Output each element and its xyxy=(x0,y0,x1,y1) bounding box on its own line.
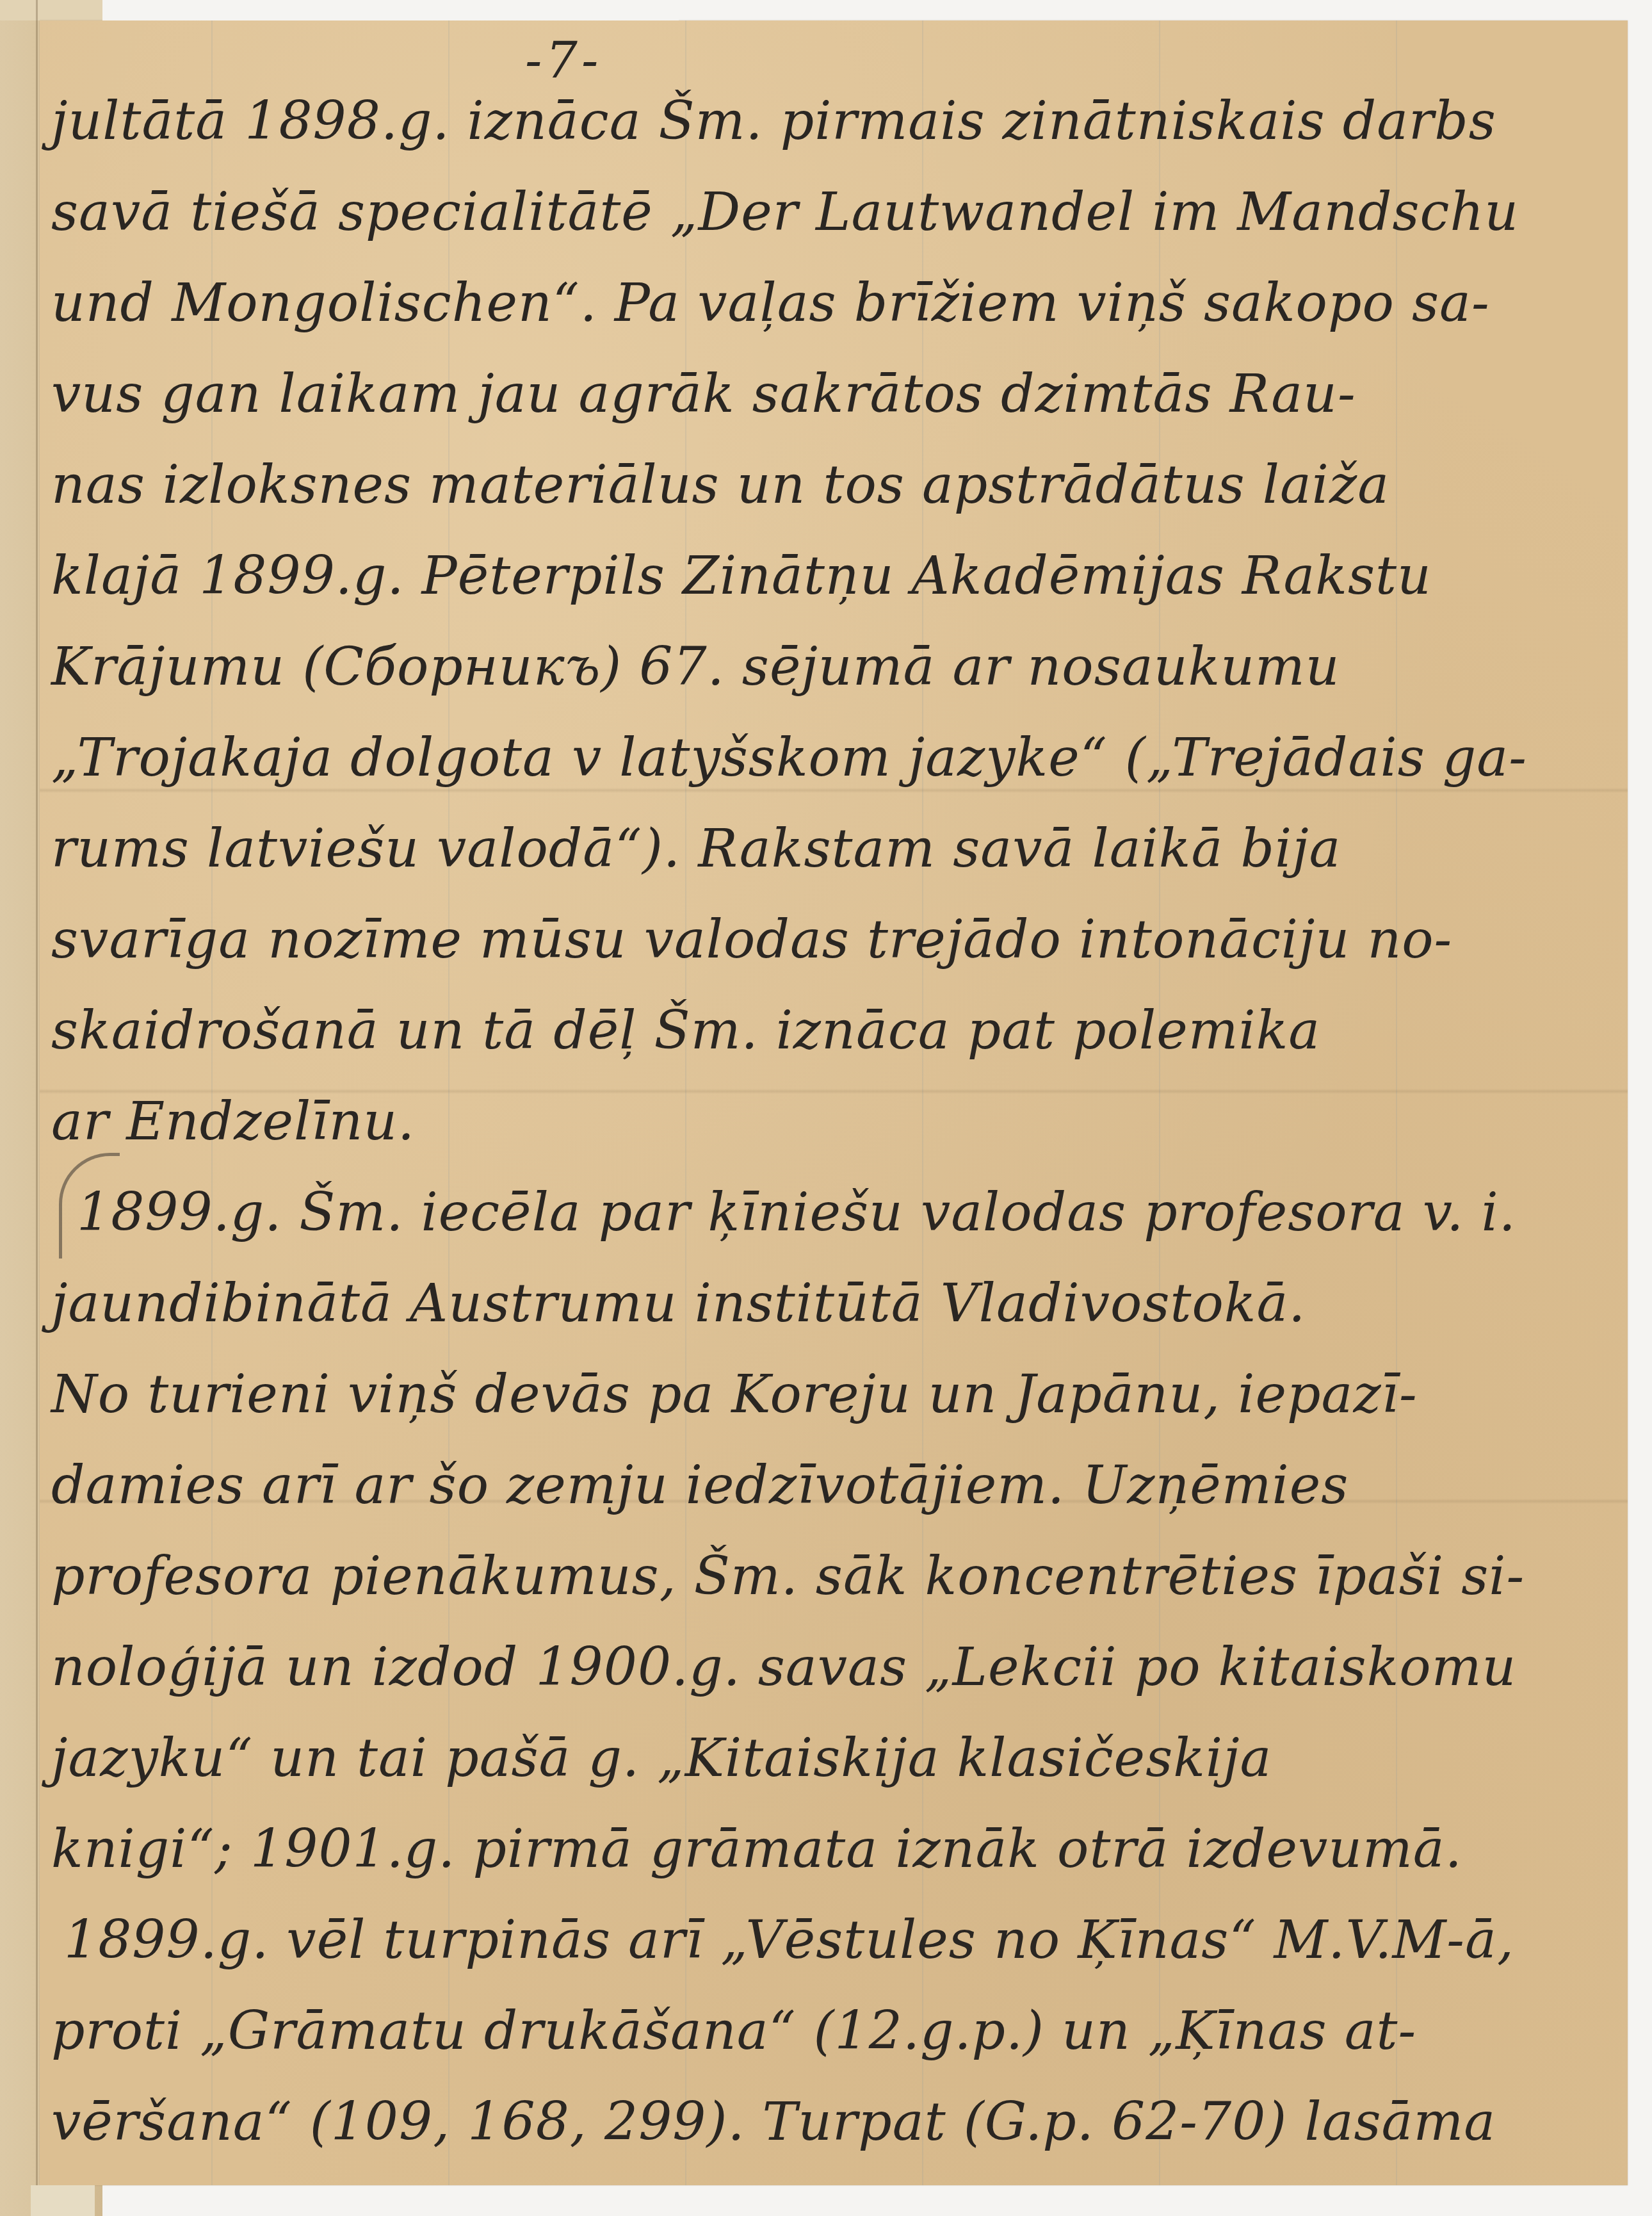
underlying-sheet-top xyxy=(0,0,102,20)
text-line: jultātā 1898.g. iznāca Šm. pirmais zināt… xyxy=(51,90,1496,154)
paper-top-notch xyxy=(102,0,679,20)
text-line: damies arī ar šo zemju iedzīvotājiem. Uz… xyxy=(51,1454,1348,1518)
page-number: -7- xyxy=(525,32,602,90)
text-line: knigi“; 1901.g. pirmā grāmata iznāk otrā… xyxy=(51,1818,1462,1882)
text-line: proti „Grāmatu drukāšana“ (12.g.p.) un „… xyxy=(51,2000,1416,2064)
text-line: jaundibinātā Austrumu institūtā Vladivos… xyxy=(51,1272,1306,1336)
text-line: klajā 1899.g. Pēterpils Zinātņu Akadēmij… xyxy=(51,544,1432,608)
text-line: jazyku“ un tai pašā g. „Kitaiskija klasi… xyxy=(51,1727,1272,1791)
text-line: ar Endzelīnu. xyxy=(51,1090,415,1154)
text-line: vēršana“ (109, 168, 299). Turpat (G.p. 6… xyxy=(51,2090,1496,2155)
text-line: skaidrošanā un tā dēļ Šm. iznāca pat pol… xyxy=(51,999,1320,1063)
text-line: Krājumu (Сборникъ) 67. sējumā ar nosauku… xyxy=(51,635,1340,699)
text-line: nas izloksnes materiālus un tos apstrādā… xyxy=(51,453,1389,517)
text-line: profesora pienākumus, Šm. sāk koncentrēt… xyxy=(51,1545,1525,1609)
text-line: rums latviešu valodā“). Rakstam savā lai… xyxy=(51,817,1341,881)
text-line: savā tiešā specialitātē „Der Lautwandel … xyxy=(51,181,1519,245)
text-line: und Mongolischen“. Pa vaļas brīžiem viņš… xyxy=(51,272,1490,336)
text-line: „Trojakaja dolgota v latyšskom jazyke“ (… xyxy=(51,726,1527,790)
text-line: 1899.g. vēl turpinās arī „Vēstules no Ķī… xyxy=(64,1909,1514,1973)
text-line: vus gan laikam jau agrāk sakrātos dzimtā… xyxy=(51,363,1356,427)
text-line: 1899.g. Šm. iecēla par ķīniešu valodas p… xyxy=(77,1181,1516,1245)
underlying-sheet-tab xyxy=(31,2185,95,2216)
text-line: No turieni viņš devās pa Koreju un Japān… xyxy=(51,1363,1418,1427)
scanned-manuscript: -7- jultātā 1898.g. iznāca Šm. pirmais z… xyxy=(0,0,1652,2216)
text-line: noloģijā un izdod 1900.g. savas „Lekcii … xyxy=(51,1636,1516,1700)
sheet-edge-line xyxy=(36,0,38,2216)
text-line: svarīga nozīme mūsu valodas trejādo into… xyxy=(51,908,1452,972)
